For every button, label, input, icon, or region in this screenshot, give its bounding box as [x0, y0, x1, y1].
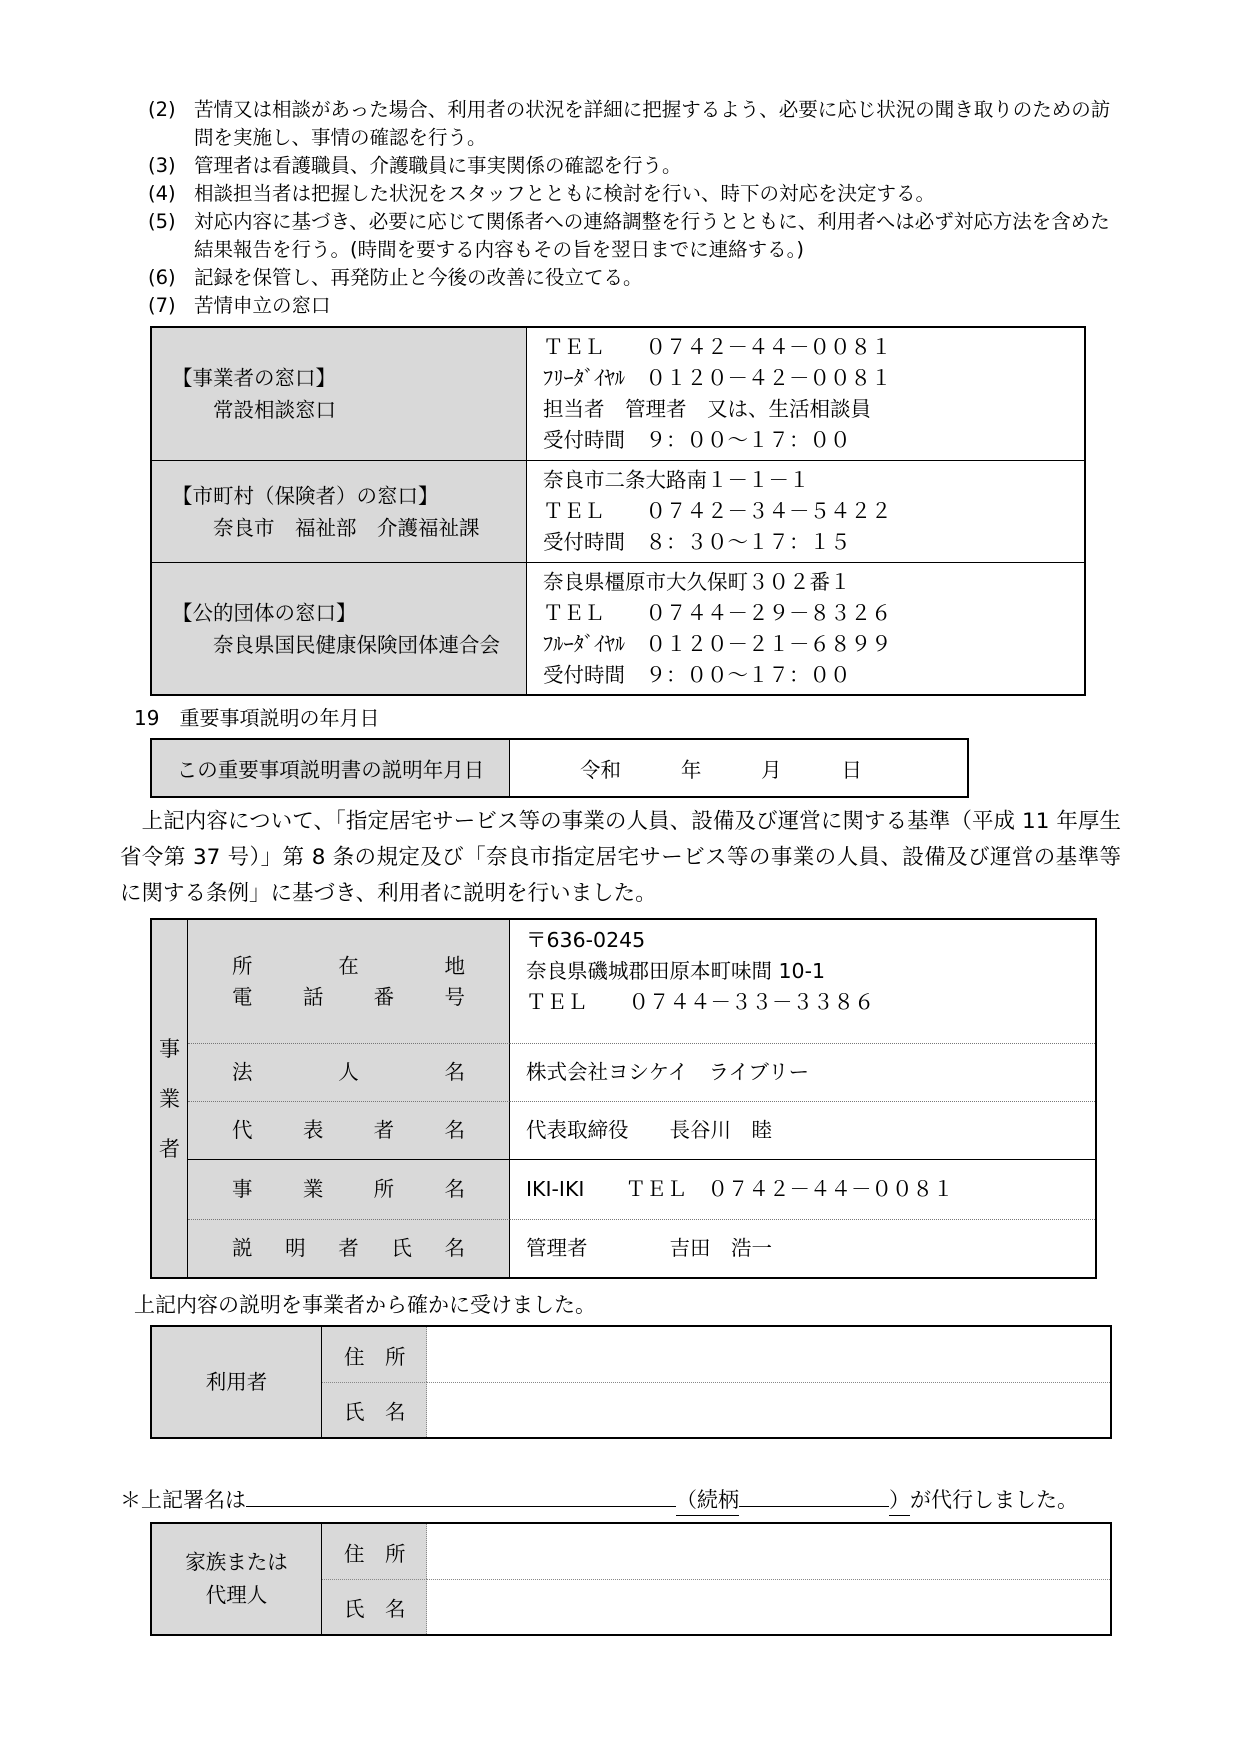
proxy-signature-line: ＊上記署名は（続柄）が代行しました。: [120, 1485, 1121, 1516]
close-paren: ）: [889, 1485, 910, 1516]
family-address-value: [427, 1524, 1110, 1579]
list-item: (3) 管理者は看護職員、介護職員に事実関係の確認を行う。: [148, 152, 1121, 180]
address-label-line: 所在地: [232, 951, 465, 982]
operator-office-label: 事業所名: [188, 1159, 510, 1219]
list-item-number: (7): [148, 292, 194, 320]
list-item-text: 管理者は看護職員、介護職員に事実関係の確認を行う。: [194, 152, 1121, 180]
complaint-window-details: ＴＥＬ ０７４２－４４－００８１ ﾌﾘｰﾀﾞｲﾔﾙ ０１２０－４２－００８１ 担…: [527, 328, 1084, 460]
complaint-window-label: 【市町村（保険者）の窓口】 奈良市 福祉部 介護福祉課: [152, 460, 527, 562]
list-item-text: 対応内容に基づき、必要に応じて関係者への連絡調整を行うとともに、利用者へは必ず対…: [194, 208, 1121, 264]
list-item-number: (4): [148, 180, 194, 208]
operator-address-value: 〒636-0245 奈良県磯城郡田原本町味間 10-1 ＴＥＬ ０７４４－３３－…: [510, 920, 1095, 1043]
list-item-text: 苦情申立の窓口: [194, 292, 1121, 320]
complaint-window-details: 奈良県橿原市大久保町３０２番１ ＴＥＬ ０７４４－２９－８３２６ ﾌﾙｰﾀﾞｲﾔ…: [527, 562, 1084, 694]
list-item-number: (2): [148, 96, 194, 152]
user-address-label: 住 所: [322, 1327, 427, 1382]
complaint-windows-table: 【事業者の窓口】 常設相談窓口 ＴＥＬ ０７４２－４４－００８１ ﾌﾘｰﾀﾞｲﾔ…: [150, 326, 1086, 696]
operator-rep-value: 代表取締役 長谷川 睦: [510, 1101, 1095, 1159]
proxy-prefix: ＊上記署名は: [120, 1485, 246, 1515]
operator-rep-label: 代表者名: [188, 1101, 510, 1159]
operator-corp-label: 法人名: [188, 1043, 510, 1101]
corp-label-text: 法人名: [232, 1057, 465, 1088]
phone-label-line: 電話番号: [232, 982, 465, 1013]
list-item-text: 苦情又は相談があった場合、利用者の状況を詳細に把握するよう、必要に応じ状況の聞き…: [194, 96, 1121, 152]
section-19-heading: 19 重要事項説明の年月日: [134, 704, 1121, 732]
day-label: 日: [841, 753, 862, 783]
legal-statement: 上記内容について、「指定居宅サービス等の事業の人員、設備及び運営に関する基準（平…: [120, 804, 1121, 912]
list-item: (4) 相談担当者は把握した状況をスタッフとともに検討を行い、時下の対応を決定す…: [148, 180, 1121, 208]
family-signature-table: 家族または 代理人 住 所 氏 名: [150, 1522, 1112, 1636]
operator-explainer-label: 説明者氏名: [188, 1219, 510, 1277]
relation-label: （続柄: [676, 1485, 739, 1516]
operator-side-label: 事業者: [152, 920, 188, 1277]
list-item-number: (6): [148, 264, 194, 292]
rep-label-text: 代表者名: [232, 1115, 465, 1146]
complaint-window-label: 【公的団体の窓口】 奈良県国民健康保険団体連合会: [152, 562, 527, 694]
list-item: (5) 対応内容に基づき、必要に応じて関係者への連絡調整を行うとともに、利用者へ…: [148, 208, 1121, 264]
explanation-date-label: この重要事項説明書の説明年月日: [152, 740, 510, 796]
office-label-text: 事業所名: [232, 1174, 465, 1205]
user-side-label: 利用者: [152, 1327, 322, 1437]
list-item: (6) 記録を保管し、再発防止と今後の改善に役立てる。: [148, 264, 1121, 292]
month-label: 月: [761, 753, 782, 783]
complaint-procedure-list: (2) 苦情又は相談があった場合、利用者の状況を詳細に把握するよう、必要に応じ状…: [148, 96, 1121, 320]
family-name-value: [427, 1579, 1110, 1634]
relation-blank: [739, 1506, 889, 1507]
list-item: (7) 苦情申立の窓口: [148, 292, 1121, 320]
explanation-date-value: 令和 年 月 日: [510, 740, 967, 796]
document-page: (2) 苦情又は相談があった場合、利用者の状況を詳細に把握するよう、必要に応じ状…: [0, 0, 1241, 1755]
operator-explainer-value: 管理者 吉田 浩一: [510, 1219, 1095, 1277]
complaint-window-label: 【事業者の窓口】 常設相談窓口: [152, 328, 527, 460]
list-item-text: 記録を保管し、再発防止と今後の改善に役立てる。: [194, 264, 1121, 292]
operator-table: 事業者 所在地 電話番号 〒636-0245 奈良県磯城郡田原本町味間 10-1…: [150, 918, 1097, 1279]
complaint-window-details: 奈良市二条大路南１－１－１ ＴＥＬ ０７４２－３４－５４２２ 受付時間 ８：３０…: [527, 460, 1084, 562]
proxy-suffix: が代行しました。: [910, 1485, 1078, 1515]
explainer-label-text: 説明者氏名: [232, 1233, 465, 1264]
list-item-number: (5): [148, 208, 194, 264]
operator-office-value: IKI-IKI ＴＥＬ ０７４２－４４－００８１: [510, 1159, 1095, 1219]
family-name-label: 氏 名: [322, 1579, 427, 1634]
year-label: 年: [681, 753, 702, 783]
confirmation-statement: 上記内容の説明を事業者から確かに受けました。: [134, 1291, 1121, 1319]
user-name-value: [427, 1382, 1110, 1437]
operator-corp-value: 株式会社ヨシケイ ライブリー: [510, 1043, 1095, 1101]
user-name-label: 氏 名: [322, 1382, 427, 1437]
list-item-number: (3): [148, 152, 194, 180]
list-item-text: 相談担当者は把握した状況をスタッフとともに検討を行い、時下の対応を決定する。: [194, 180, 1121, 208]
list-item: (2) 苦情又は相談があった場合、利用者の状況を詳細に把握するよう、必要に応じ状…: [148, 96, 1121, 152]
user-signature-table: 利用者 住 所 氏 名: [150, 1325, 1112, 1439]
family-side-label: 家族または 代理人: [152, 1524, 322, 1634]
proxy-signer-blank: [246, 1506, 676, 1507]
family-address-label: 住 所: [322, 1524, 427, 1579]
user-address-value: [427, 1327, 1110, 1382]
era-label: 令和: [580, 753, 621, 783]
operator-address-label: 所在地 電話番号: [188, 920, 510, 1043]
explanation-date-table: この重要事項説明書の説明年月日 令和 年 月 日: [150, 738, 969, 798]
